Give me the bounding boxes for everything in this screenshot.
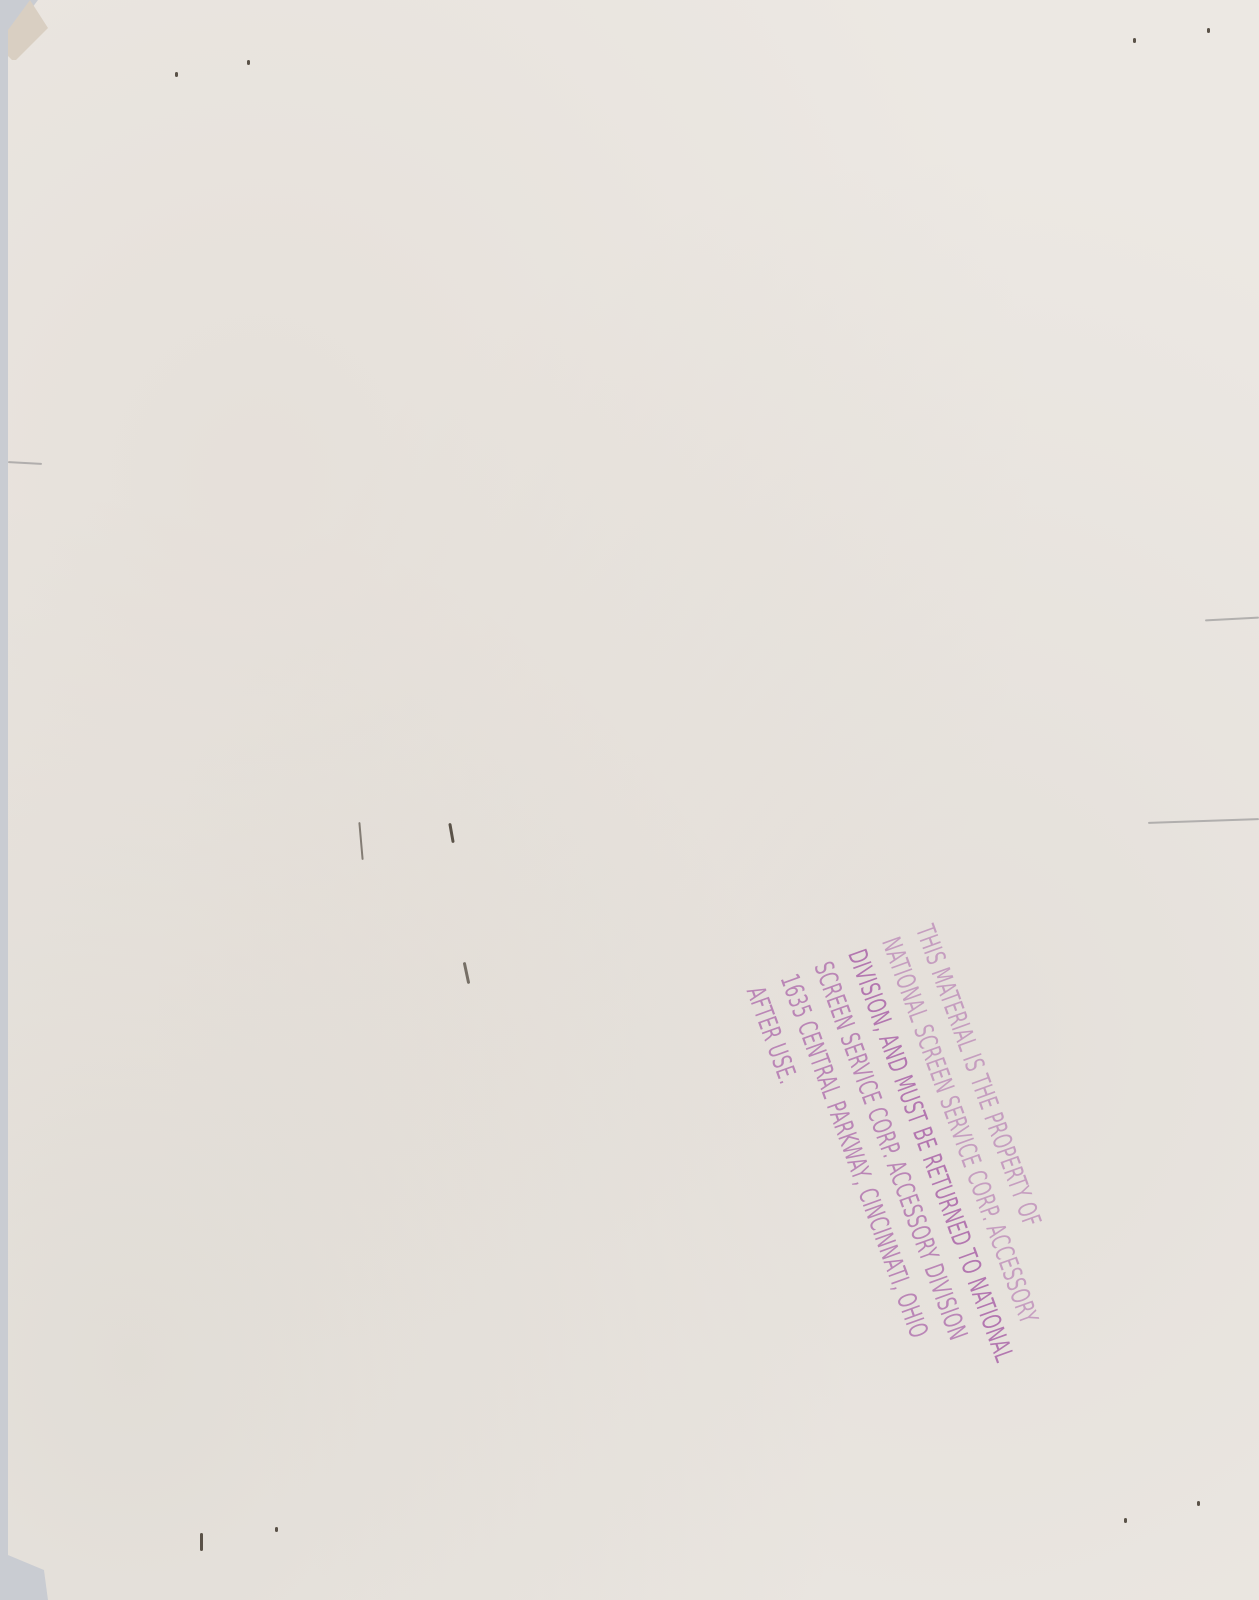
pin-hole: [247, 60, 250, 65]
pin-hole: [275, 1527, 278, 1532]
pin-hole: [200, 1533, 203, 1551]
pin-hole: [1197, 1501, 1200, 1506]
pin-hole: [1124, 1518, 1127, 1523]
pin-hole: [175, 72, 178, 77]
pin-hole: [1207, 28, 1210, 33]
pin-hole: [1133, 38, 1136, 43]
